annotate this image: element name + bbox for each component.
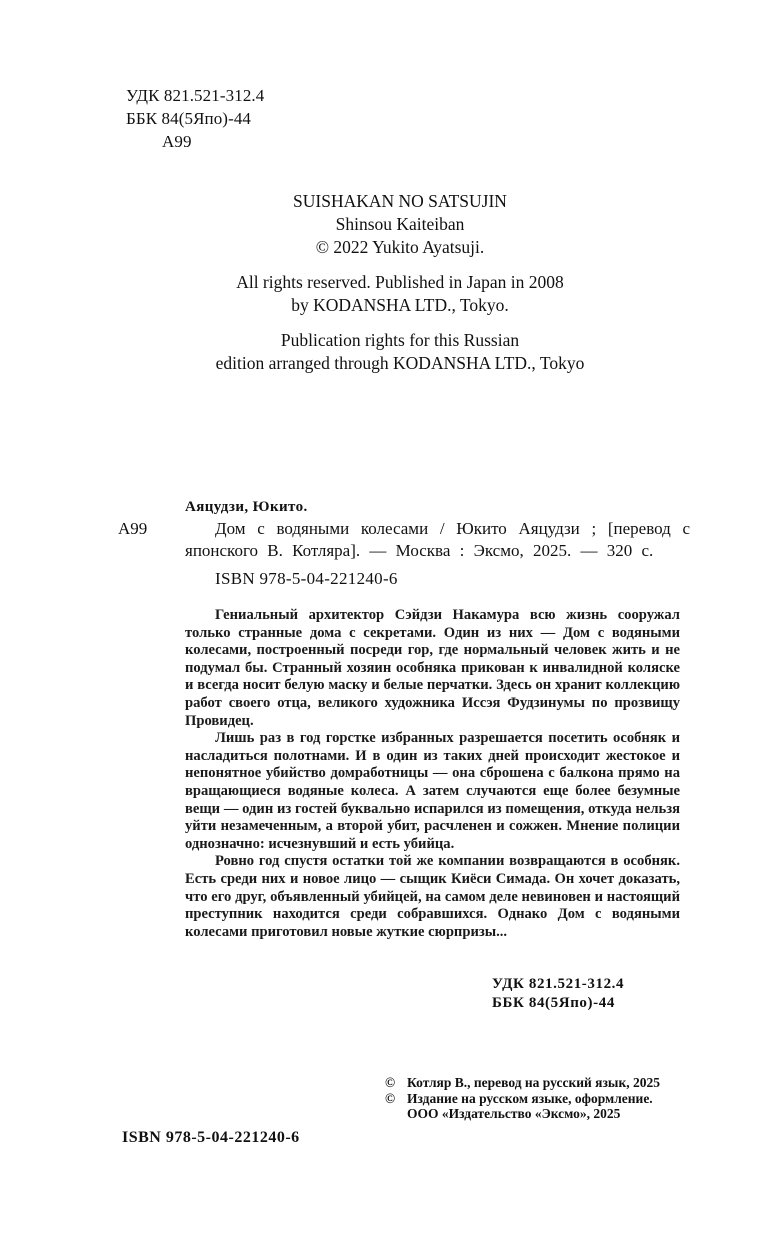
rights-block: All rights reserved. Published in Japan … xyxy=(150,271,650,317)
annotation: Гениальный архитектор Сэйдзи Накамура вс… xyxy=(185,607,680,941)
rights-line: All rights reserved. Published in Japan … xyxy=(150,271,650,294)
udk-code: УДК 821.521-312.4 xyxy=(126,84,264,107)
classification-top: УДК 821.521-312.4 ББК 84(5Япо)-44 А99 xyxy=(126,84,264,153)
copyright-notice: © Котляр В., перевод на русский язык, 20… xyxy=(385,1075,685,1091)
copyright-text: Издание на русском языке, оформление. ОО… xyxy=(407,1091,685,1122)
copyright-notices: © Котляр В., перевод на русский язык, 20… xyxy=(385,1075,685,1122)
annotation-paragraph: Ровно год спустя остатки той же компании… xyxy=(185,853,680,941)
publication-line: edition arranged through KODANSHA LTD., … xyxy=(150,352,650,375)
publication-rights-block: Publication rights for this Russian edit… xyxy=(150,329,650,375)
copyright-notice: © Издание на русском языке, оформление. … xyxy=(385,1091,685,1122)
bibliographic-entry: Дом с водяными колесами / Юкито Аяцудзи … xyxy=(185,518,690,562)
card-isbn: ISBN 978-5-04-221240-6 xyxy=(215,568,690,590)
annotation-paragraph: Гениальный архитектор Сэйдзи Накамура вс… xyxy=(185,607,680,730)
bbk-code-bottom: ББК 84(5Япо)-44 xyxy=(492,994,624,1013)
isbn-bottom: ISBN 978-5-04-221240-6 xyxy=(122,1129,300,1147)
card-author-mark: А99 xyxy=(118,518,185,562)
classification-bottom: УДК 821.521-312.4 ББК 84(5Япо)-44 xyxy=(492,975,624,1013)
udk-code-bottom: УДК 821.521-312.4 xyxy=(492,975,624,994)
original-title-block: SUISHAKAN NO SATSUJIN Shinsou Kaiteiban … xyxy=(150,190,650,259)
annotation-paragraph: Лишь раз в год горстке избранных разреша… xyxy=(185,730,680,853)
original-subtitle: Shinsou Kaiteiban xyxy=(150,213,650,236)
original-copyright: © 2022 Yukito Ayatsuji. xyxy=(150,236,650,259)
original-title: SUISHAKAN NO SATSUJIN xyxy=(150,190,650,213)
catalog-card: Аяцудзи, Юкито. А99 Дом с водяными колес… xyxy=(118,496,690,590)
author-heading: Аяцудзи, Юкито. xyxy=(185,496,690,518)
bibliographic-entry-row: А99 Дом с водяными колесами / Юкито Аяцу… xyxy=(118,518,690,562)
bbk-code: ББК 84(5Япо)-44 xyxy=(126,107,264,130)
copyright-icon: © xyxy=(385,1091,407,1122)
rights-line: by KODANSHA LTD., Tokyo. xyxy=(150,294,650,317)
copyright-icon: © xyxy=(385,1075,407,1091)
author-mark: А99 xyxy=(126,130,264,153)
original-edition-info: SUISHAKAN NO SATSUJIN Shinsou Kaiteiban … xyxy=(150,190,650,387)
publication-line: Publication rights for this Russian xyxy=(150,329,650,352)
copyright-text: Котляр В., перевод на русский язык, 2025 xyxy=(407,1075,660,1091)
